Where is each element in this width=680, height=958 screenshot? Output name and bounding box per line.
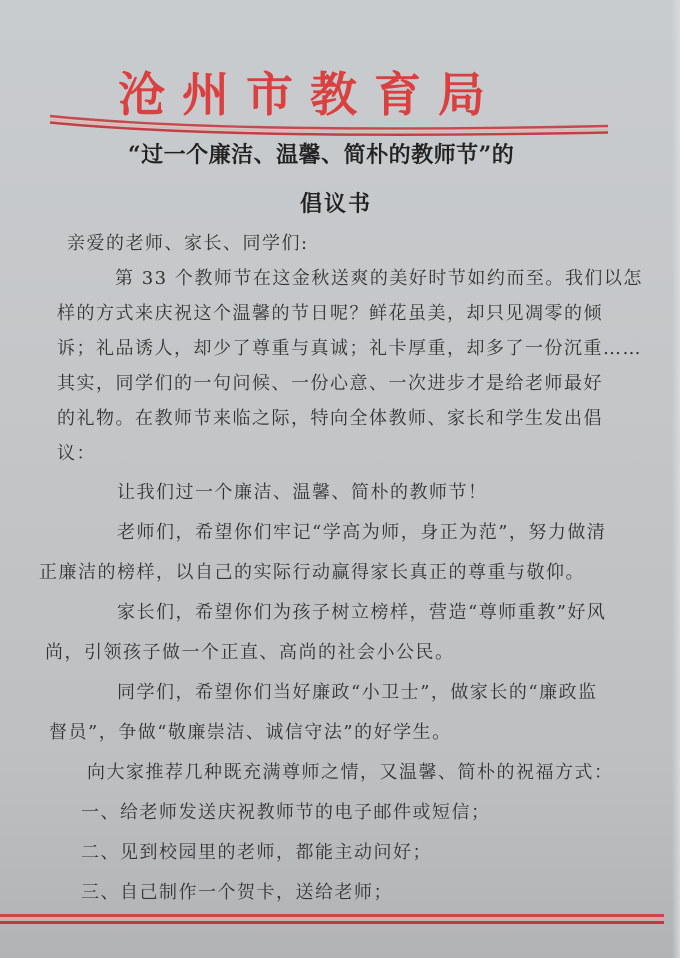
recommendation-item: 二、见到校园里的老师，都能主动问好； [57,833,647,873]
page-edge [672,0,680,958]
intro-line: 的礼物。在教师节来临之际，特向全体教师、家长和学生发出倡 [57,401,647,436]
footer-red-rule [0,913,664,925]
document-subtitle: “过一个廉洁、温馨、简朴的教师节”的 [128,138,514,169]
letterhead-red-rule [48,112,608,138]
document-body: 亲爱的老师、家长、同学们: 第 33 个教师节在这金秋送爽的美好时节如约而至。我… [57,226,647,913]
intro-line: 样的方式来庆祝这个温馨的节日呢？鲜花虽美，却只见凋零的倾 [57,296,647,331]
teachers-paragraph-line: 正廉洁的榜样，以自己的实际行动赢得家长真正的尊重与敬仰。 [39,553,647,593]
teachers-paragraph-line: 老师们，希望你们牢记“学高为师，身正为范”，努力做清 [57,513,647,553]
intro-line: 诉；礼品诱人，却少了尊重与真诚；礼卡厚重，却多了一份沉重…… [57,331,647,366]
students-paragraph-line: 同学们，希望你们当好廉政“小卫士”，做家长的“廉政监 [57,673,647,713]
intro-line: 议： [57,436,647,471]
parents-paragraph-line: 尚，引领孩子做一个正直、高尚的社会小公民。 [45,633,647,673]
recommendation-item: 一、给老师发送庆祝教师节的电子邮件或短信； [57,793,647,833]
parents-paragraph-line: 家长们，希望你们为孩子树立榜样，营造“尊师重教”好风 [57,593,647,633]
students-paragraph-line: 督员”，争做“敬廉崇洁、诚信守法”的好学生。 [49,713,647,753]
intro-line: 第 33 个教师节在这金秋送爽的美好时节如约而至。我们以怎 [57,261,647,296]
salutation: 亲爱的老师、家长、同学们: [57,226,647,261]
recommendation-item: 三、自己制作一个贺卡，送给老师； [57,873,647,913]
slogan: 让我们过一个廉洁、温馨、简朴的教师节！ [57,473,647,513]
document-title: 倡议书 [300,187,372,218]
recommend-intro: 向大家推荐几种既充满尊师之情，又温馨、简朴的祝福方式： [57,753,647,793]
intro-line: 其实，同学们的一句问候、一份心意、一次进步才是给老师最好 [57,366,647,401]
